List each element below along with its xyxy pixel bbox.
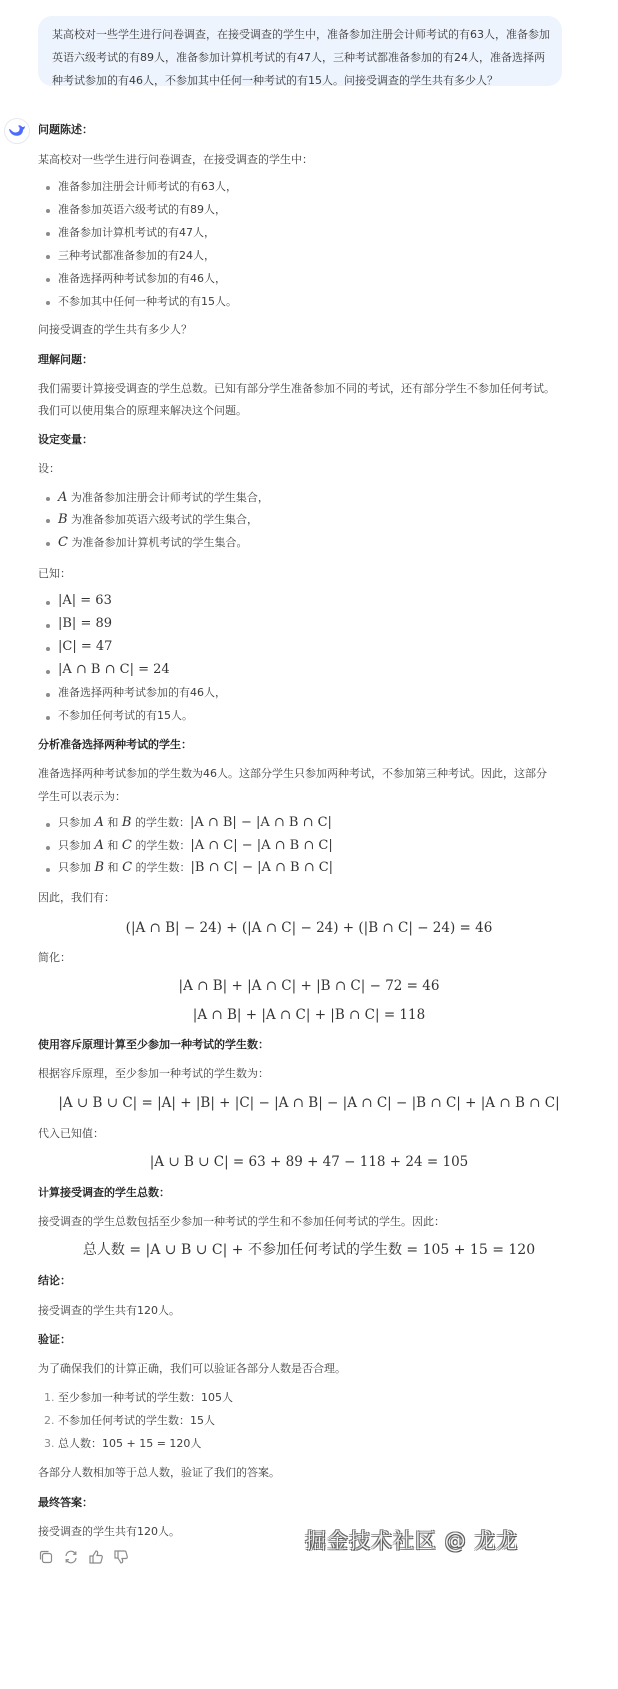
known-item: 不参加任何考试的有15人。 bbox=[58, 708, 193, 724]
bullet-dot bbox=[46, 624, 50, 628]
heading-inclusion: 使用容斥原理计算至少参加一种考试的学生数： bbox=[38, 1037, 269, 1053]
message-actions bbox=[38, 1549, 129, 1565]
equation-simplified-1: |A ∩ B| + |A ∩ C| + |B ∩ C| − 72 = 46 bbox=[0, 977, 618, 995]
set-symbol: B bbox=[58, 512, 68, 527]
bullet-dot bbox=[46, 519, 50, 523]
verify-line: 为了确保我们的计算正确，我们可以验证各部分人数是否合理。 bbox=[38, 1361, 346, 1377]
heading-verify: 验证： bbox=[38, 1332, 71, 1348]
verify-item: 3. 总人数：105 + 15 = 120人 bbox=[44, 1436, 201, 1452]
bullet-dot bbox=[46, 716, 50, 720]
heading-conclusion: 结论： bbox=[38, 1273, 71, 1289]
bullet-dot bbox=[46, 823, 50, 827]
assistant-avatar bbox=[4, 118, 30, 144]
user-message-text: 某高校对一些学生进行问卷调查，在接受调查的学生中，准备参加注册会计师考试的有63… bbox=[52, 23, 552, 92]
heading-analysis: 分析准备选择两种考试的学生： bbox=[38, 737, 192, 753]
problem-bullet: 准备选择两种考试参加的有46人， bbox=[58, 271, 226, 287]
substitute-text: 代入已知值： bbox=[38, 1126, 104, 1142]
bullet-dot bbox=[46, 497, 50, 501]
watermark: 掘金技术社区 @ 龙龙 bbox=[305, 1525, 518, 1555]
analysis-item: 只参加 A 和 B 的学生数：|A ∩ B| − |A ∩ B ∩ C| bbox=[58, 815, 332, 831]
known-label: 已知： bbox=[38, 566, 71, 582]
bullet-dot bbox=[46, 542, 50, 546]
set-symbol: C bbox=[58, 535, 68, 550]
therefore-text: 因此，我们有： bbox=[38, 890, 115, 906]
heading-understand: 理解问题： bbox=[38, 352, 93, 368]
equation-pairs: (|A ∩ B| − 24) + (|A ∩ C| − 24) + (|B ∩ … bbox=[0, 919, 618, 937]
inclusion-line: 根据容斥原理，至少参加一种考试的学生数为： bbox=[38, 1066, 269, 1082]
known-item: |C| = 47 bbox=[58, 639, 112, 655]
heading-total: 计算接受调查的学生总数： bbox=[38, 1185, 170, 1201]
problem-bullet: 准备参加注册会计师考试的有63人， bbox=[58, 179, 237, 195]
user-message-bubble: 某高校对一些学生进行问卷调查，在接受调查的学生中，准备参加注册会计师考试的有63… bbox=[38, 16, 562, 86]
total-line: 接受调查的学生总数包括至少参加一种考试的学生和不参加任何考试的学生。因此： bbox=[38, 1214, 445, 1230]
bullet-dot bbox=[46, 232, 50, 236]
variable-item: B 为准备参加英语六级考试的学生集合， bbox=[58, 512, 258, 528]
verify-item: 1. 至少参加一种考试的学生数：105人 bbox=[44, 1390, 233, 1406]
heading-problem: 问题陈述： bbox=[38, 122, 93, 138]
let-label: 设： bbox=[38, 461, 60, 477]
known-item: |A| = 63 bbox=[58, 593, 112, 609]
regenerate-icon[interactable] bbox=[63, 1549, 79, 1565]
equation-total: 总人数 = |A ∪ B ∪ C| + 不参加任何考试的学生数 = 105 + … bbox=[0, 1241, 618, 1259]
known-item: |A ∩ B ∩ C| = 24 bbox=[58, 662, 170, 678]
thumbs-up-icon[interactable] bbox=[88, 1549, 104, 1565]
heading-variables: 设定变量： bbox=[38, 432, 93, 448]
bullet-dot bbox=[46, 647, 50, 651]
bullet-dot bbox=[46, 255, 50, 259]
analysis-line: 学生可以表示为： bbox=[38, 789, 126, 805]
variable-item: C 为准备参加计算机考试的学生集合。 bbox=[58, 535, 247, 551]
verify-after: 各部分人数相加等于总人数，验证了我们的答案。 bbox=[38, 1465, 280, 1481]
whale-logo-icon bbox=[8, 124, 26, 138]
bullet-dot bbox=[46, 868, 50, 872]
analysis-item: 只参加 B 和 C 的学生数：|B ∩ C| − |A ∩ B ∩ C| bbox=[58, 860, 333, 876]
problem-bullet: 三种考试都准备参加的有24人， bbox=[58, 248, 215, 264]
bullet-dot bbox=[46, 670, 50, 674]
understand-line: 我们需要计算接受调查的学生总数。已知有部分学生准备参加不同的考试，还有部分学生不… bbox=[38, 381, 555, 397]
set-symbol: A bbox=[58, 490, 67, 505]
equation-union: |A ∪ B ∪ C| = 63 + 89 + 47 − 118 + 24 = … bbox=[0, 1153, 618, 1171]
bullet-dot bbox=[46, 301, 50, 305]
analysis-line: 准备选择两种考试参加的学生数为46人。这部分学生只参加两种考试，不参加第三种考试… bbox=[38, 766, 547, 782]
known-item: 准备选择两种考试参加的有46人， bbox=[58, 685, 226, 701]
thumbs-down-icon[interactable] bbox=[113, 1549, 129, 1565]
problem-bullet: 准备参加计算机考试的有47人， bbox=[58, 225, 215, 241]
simplify-text: 简化： bbox=[38, 950, 71, 966]
bullet-dot bbox=[46, 846, 50, 850]
variable-item: A 为准备参加注册会计师考试的学生集合， bbox=[58, 490, 269, 506]
equation-inclusion: |A ∪ B ∪ C| = |A| + |B| + |C| − |A ∩ B| … bbox=[0, 1094, 618, 1112]
problem-intro: 某高校对一些学生进行问卷调查，在接受调查的学生中： bbox=[38, 152, 313, 168]
known-item: |B| = 89 bbox=[58, 616, 112, 632]
equation-simplified-2: |A ∩ B| + |A ∩ C| + |B ∩ C| = 118 bbox=[0, 1006, 618, 1024]
copy-icon[interactable] bbox=[38, 1549, 54, 1565]
verify-item: 2. 不参加任何考试的学生数：15人 bbox=[44, 1413, 215, 1429]
bullet-dot bbox=[46, 601, 50, 605]
bullet-dot bbox=[46, 693, 50, 697]
analysis-item: 只参加 A 和 C 的学生数：|A ∩ C| − |A ∩ B ∩ C| bbox=[58, 838, 333, 854]
problem-question: 问接受调查的学生共有多少人？ bbox=[38, 322, 192, 338]
problem-bullet: 不参加其中任何一种考试的有15人。 bbox=[58, 294, 237, 310]
bullet-dot bbox=[46, 278, 50, 282]
heading-final: 最终答案： bbox=[38, 1495, 93, 1511]
understand-line: 我们可以使用集合的原理来解决这个问题。 bbox=[38, 403, 247, 419]
final-text: 接受调查的学生共有120人。 bbox=[38, 1524, 180, 1540]
conclusion-text: 接受调查的学生共有120人。 bbox=[38, 1303, 180, 1319]
problem-bullet: 准备参加英语六级考试的有89人， bbox=[58, 202, 226, 218]
bullet-dot bbox=[46, 209, 50, 213]
bullet-dot bbox=[46, 186, 50, 190]
